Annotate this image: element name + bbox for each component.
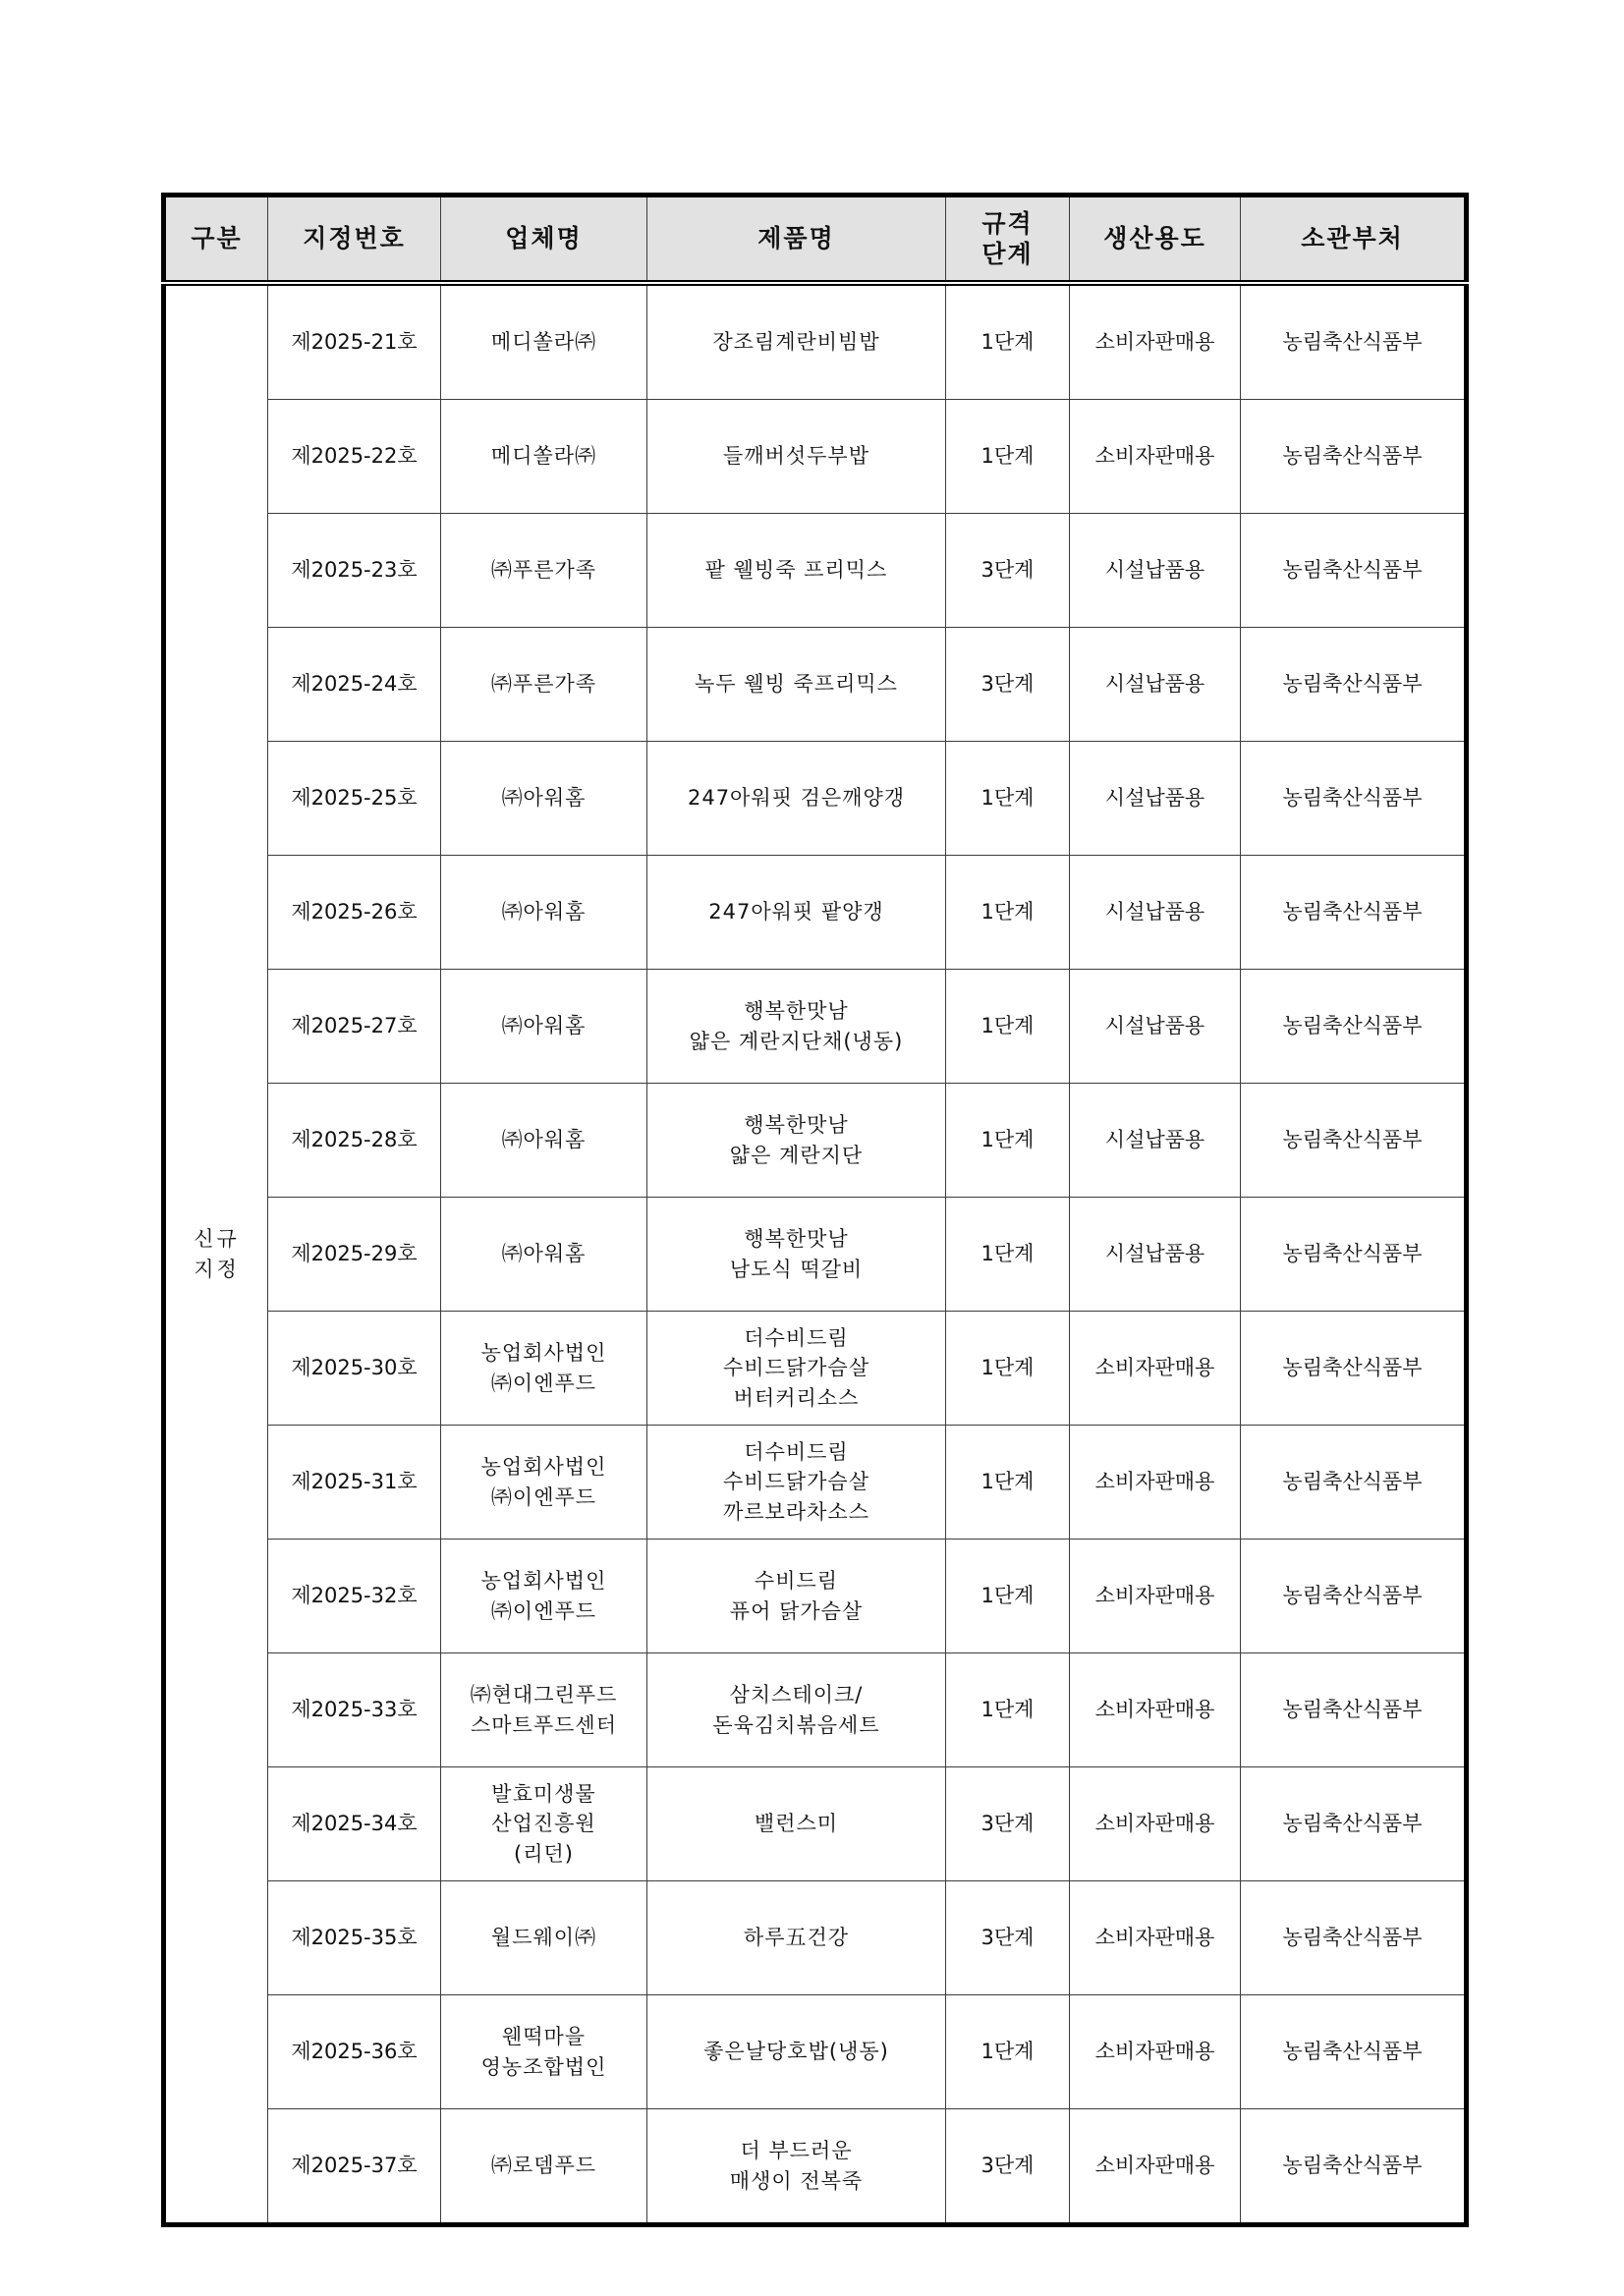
designation-number-cell: 제2025-26호 xyxy=(268,856,441,970)
standard-stage-cell: 1단계 xyxy=(946,283,1070,400)
table-row: 제2025-26호 ㈜아워홈 247아워핏 팥양갱 1단계 시설납품용 농림축산… xyxy=(164,856,1467,970)
production-use-cell: 시설납품용 xyxy=(1070,856,1241,970)
product-name-cell: 녹두 웰빙 죽프리믹스 xyxy=(647,628,946,742)
ministry-cell: 농림축산식품부 xyxy=(1241,1995,1467,2109)
product-name-cell: 들깨버섯두부밥 xyxy=(647,400,946,514)
product-name-cell: 장조림계란비빔밥 xyxy=(647,283,946,400)
standard-stage-cell: 1단계 xyxy=(946,856,1070,970)
standard-stage-cell: 3단계 xyxy=(946,1767,1070,1881)
ministry-cell: 농림축산식품부 xyxy=(1241,742,1467,856)
designation-number-cell: 제2025-33호 xyxy=(268,1653,441,1767)
production-use-cell: 소비자판매용 xyxy=(1070,1995,1241,2109)
company-name-cell: ㈜푸른가족 xyxy=(441,628,647,742)
production-use-cell: 소비자판매용 xyxy=(1070,1767,1241,1881)
production-use-cell: 소비자판매용 xyxy=(1070,1881,1241,1995)
production-use-cell: 시설납품용 xyxy=(1070,1198,1241,1312)
ministry-cell: 농림축산식품부 xyxy=(1241,1881,1467,1995)
company-name-cell: ㈜아워홈 xyxy=(441,856,647,970)
designation-number-cell: 제2025-32호 xyxy=(268,1540,441,1653)
company-name-cell: 농업회사법인 ㈜이엔푸드 xyxy=(441,1312,647,1426)
header-product-name: 제품명 xyxy=(647,196,946,284)
production-use-cell: 소비자판매용 xyxy=(1070,1540,1241,1653)
standard-stage-cell: 1단계 xyxy=(946,1198,1070,1312)
production-use-cell: 소비자판매용 xyxy=(1070,1653,1241,1767)
standard-stage-cell: 1단계 xyxy=(946,1540,1070,1653)
standard-stage-cell: 1단계 xyxy=(946,1653,1070,1767)
ministry-cell: 농림축산식품부 xyxy=(1241,400,1467,514)
company-name-cell: ㈜아워홈 xyxy=(441,1084,647,1198)
product-name-cell: 247아워핏 검은깨양갱 xyxy=(647,742,946,856)
table-row: 제2025-35호 월드웨이㈜ 하루五건강 3단계 소비자판매용 농림축산식품부 xyxy=(164,1881,1467,1995)
product-name-cell: 삼치스테이크/ 돈육김치볶음세트 xyxy=(647,1653,946,1767)
ministry-cell: 농림축산식품부 xyxy=(1241,628,1467,742)
designation-number-cell: 제2025-22호 xyxy=(268,400,441,514)
production-use-cell: 소비자판매용 xyxy=(1070,1426,1241,1540)
product-name-cell: 더수비드림 수비드닭가슴살 버터커리소스 xyxy=(647,1312,946,1426)
ministry-cell: 농림축산식품부 xyxy=(1241,1312,1467,1426)
standard-stage-cell: 1단계 xyxy=(946,1995,1070,2109)
designation-number-cell: 제2025-36호 xyxy=(268,1995,441,2109)
document-page: 구분 지정번호 업체명 제품명 규격 단계 생산용도 소관부처 신규 지정제20… xyxy=(0,0,1624,2296)
standard-stage-cell: 3단계 xyxy=(946,2109,1070,2225)
ministry-cell: 농림축산식품부 xyxy=(1241,1084,1467,1198)
standard-stage-cell: 1단계 xyxy=(946,742,1070,856)
production-use-cell: 시설납품용 xyxy=(1070,742,1241,856)
product-name-cell: 더수비드림 수비드닭가슴살 까르보라차소스 xyxy=(647,1426,946,1540)
production-use-cell: 소비자판매용 xyxy=(1070,283,1241,400)
production-use-cell: 시설납품용 xyxy=(1070,1084,1241,1198)
designation-number-cell: 제2025-29호 xyxy=(268,1198,441,1312)
designation-number-cell: 제2025-21호 xyxy=(268,283,441,400)
designation-number-cell: 제2025-23호 xyxy=(268,514,441,628)
table-row: 제2025-33호 ㈜현대그린푸드 스마트푸드센터 삼치스테이크/ 돈육김치볶음… xyxy=(164,1653,1467,1767)
standard-stage-cell: 1단계 xyxy=(946,970,1070,1084)
ministry-cell: 농림축산식품부 xyxy=(1241,283,1467,400)
table-row: 제2025-24호 ㈜푸른가족 녹두 웰빙 죽프리믹스 3단계 시설납품용 농림… xyxy=(164,628,1467,742)
company-name-cell: 월드웨이㈜ xyxy=(441,1881,647,1995)
table-row: 신규 지정제2025-21호 메디쏠라㈜ 장조림계란비빔밥 1단계 소비자판매용… xyxy=(164,283,1467,400)
table-row: 제2025-25호 ㈜아워홈 247아워핏 검은깨양갱 1단계 시설납품용 농림… xyxy=(164,742,1467,856)
table-row: 제2025-34호 발효미생물 산업진흥원 (리던) 밸런스미 3단계 소비자판… xyxy=(164,1767,1467,1881)
ministry-cell: 농림축산식품부 xyxy=(1241,1540,1467,1653)
company-name-cell: 발효미생물 산업진흥원 (리던) xyxy=(441,1767,647,1881)
company-name-cell: ㈜로뎀푸드 xyxy=(441,2109,647,2225)
designation-number-cell: 제2025-27호 xyxy=(268,970,441,1084)
table-row: 제2025-30호 농업회사법인 ㈜이엔푸드 더수비드림 수비드닭가슴살 버터커… xyxy=(164,1312,1467,1426)
header-company-name: 업체명 xyxy=(441,196,647,284)
standard-stage-cell: 1단계 xyxy=(946,1084,1070,1198)
table-row: 제2025-29호 ㈜아워홈 행복한맛남 남도식 떡갈비 1단계 시설납품용 농… xyxy=(164,1198,1467,1312)
header-production-use: 생산용도 xyxy=(1070,196,1241,284)
company-name-cell: ㈜아워홈 xyxy=(441,1198,647,1312)
ministry-cell: 농림축산식품부 xyxy=(1241,514,1467,628)
company-name-cell: ㈜푸른가족 xyxy=(441,514,647,628)
company-name-cell: ㈜아워홈 xyxy=(441,970,647,1084)
ministry-cell: 농림축산식품부 xyxy=(1241,1653,1467,1767)
standard-stage-cell: 1단계 xyxy=(946,1312,1070,1426)
product-name-cell: 좋은날당호밥(냉동) xyxy=(647,1995,946,2109)
table-row: 제2025-27호 ㈜아워홈 행복한맛남 얇은 계란지단채(냉동) 1단계 시설… xyxy=(164,970,1467,1084)
company-name-cell: 메디쏠라㈜ xyxy=(441,400,647,514)
product-name-cell: 밸런스미 xyxy=(647,1767,946,1881)
table-row: 제2025-37호 ㈜로뎀푸드 더 부드러운 매생이 전복죽 3단계 소비자판매… xyxy=(164,2109,1467,2225)
company-name-cell: 농업회사법인 ㈜이엔푸드 xyxy=(441,1426,647,1540)
designation-table: 구분 지정번호 업체명 제품명 규격 단계 생산용도 소관부처 신규 지정제20… xyxy=(161,193,1469,2227)
header-ministry: 소관부처 xyxy=(1241,196,1467,284)
header-standard-stage: 규격 단계 xyxy=(946,196,1070,284)
standard-stage-cell: 3단계 xyxy=(946,514,1070,628)
standard-stage-cell: 3단계 xyxy=(946,628,1070,742)
production-use-cell: 시설납품용 xyxy=(1070,628,1241,742)
ministry-cell: 농림축산식품부 xyxy=(1241,2109,1467,2225)
product-name-cell: 팥 웰빙죽 프리믹스 xyxy=(647,514,946,628)
production-use-cell: 소비자판매용 xyxy=(1070,2109,1241,2225)
company-name-cell: 메디쏠라㈜ xyxy=(441,283,647,400)
table-body: 신규 지정제2025-21호 메디쏠라㈜ 장조림계란비빔밥 1단계 소비자판매용… xyxy=(164,283,1467,2225)
designation-number-cell: 제2025-30호 xyxy=(268,1312,441,1426)
ministry-cell: 농림축산식품부 xyxy=(1241,856,1467,970)
designation-number-cell: 제2025-34호 xyxy=(268,1767,441,1881)
designation-number-cell: 제2025-24호 xyxy=(268,628,441,742)
ministry-cell: 농림축산식품부 xyxy=(1241,1198,1467,1312)
ministry-cell: 농림축산식품부 xyxy=(1241,1767,1467,1881)
table-header: 구분 지정번호 업체명 제품명 규격 단계 생산용도 소관부처 xyxy=(164,196,1467,284)
header-designation-number: 지정번호 xyxy=(268,196,441,284)
product-name-cell: 247아워핏 팥양갱 xyxy=(647,856,946,970)
production-use-cell: 소비자판매용 xyxy=(1070,1312,1241,1426)
product-name-cell: 더 부드러운 매생이 전복죽 xyxy=(647,2109,946,2225)
designation-number-cell: 제2025-28호 xyxy=(268,1084,441,1198)
table-row: 제2025-36호 웬떡마을 영농조합법인 좋은날당호밥(냉동) 1단계 소비자… xyxy=(164,1995,1467,2109)
company-name-cell: 웬떡마을 영농조합법인 xyxy=(441,1995,647,2109)
production-use-cell: 소비자판매용 xyxy=(1070,400,1241,514)
ministry-cell: 농림축산식품부 xyxy=(1241,1426,1467,1540)
product-name-cell: 하루五건강 xyxy=(647,1881,946,1995)
company-name-cell: ㈜아워홈 xyxy=(441,742,647,856)
product-name-cell: 행복한맛남 남도식 떡갈비 xyxy=(647,1198,946,1312)
table-row: 제2025-28호 ㈜아워홈 행복한맛남 얇은 계란지단 1단계 시설납품용 농… xyxy=(164,1084,1467,1198)
table-row: 제2025-23호 ㈜푸른가족 팥 웰빙죽 프리믹스 3단계 시설납품용 농림축… xyxy=(164,514,1467,628)
product-name-cell: 행복한맛남 얇은 계란지단채(냉동) xyxy=(647,970,946,1084)
designation-number-cell: 제2025-25호 xyxy=(268,742,441,856)
standard-stage-cell: 1단계 xyxy=(946,400,1070,514)
header-row: 구분 지정번호 업체명 제품명 규격 단계 생산용도 소관부처 xyxy=(164,196,1467,284)
category-cell: 신규 지정 xyxy=(164,283,268,2225)
company-name-cell: ㈜현대그린푸드 스마트푸드센터 xyxy=(441,1653,647,1767)
table-row: 제2025-32호 농업회사법인 ㈜이엔푸드 수비드림 퓨어 닭가슴살 1단계 … xyxy=(164,1540,1467,1653)
production-use-cell: 시설납품용 xyxy=(1070,970,1241,1084)
table-row: 제2025-31호 농업회사법인 ㈜이엔푸드 더수비드림 수비드닭가슴살 까르보… xyxy=(164,1426,1467,1540)
production-use-cell: 시설납품용 xyxy=(1070,514,1241,628)
designation-number-cell: 제2025-35호 xyxy=(268,1881,441,1995)
standard-stage-cell: 1단계 xyxy=(946,1426,1070,1540)
ministry-cell: 농림축산식품부 xyxy=(1241,970,1467,1084)
product-name-cell: 수비드림 퓨어 닭가슴살 xyxy=(647,1540,946,1653)
header-category: 구분 xyxy=(164,196,268,284)
table-row: 제2025-22호 메디쏠라㈜ 들깨버섯두부밥 1단계 소비자판매용 농림축산식… xyxy=(164,400,1467,514)
designation-number-cell: 제2025-37호 xyxy=(268,2109,441,2225)
designation-number-cell: 제2025-31호 xyxy=(268,1426,441,1540)
product-name-cell: 행복한맛남 얇은 계란지단 xyxy=(647,1084,946,1198)
company-name-cell: 농업회사법인 ㈜이엔푸드 xyxy=(441,1540,647,1653)
standard-stage-cell: 3단계 xyxy=(946,1881,1070,1995)
